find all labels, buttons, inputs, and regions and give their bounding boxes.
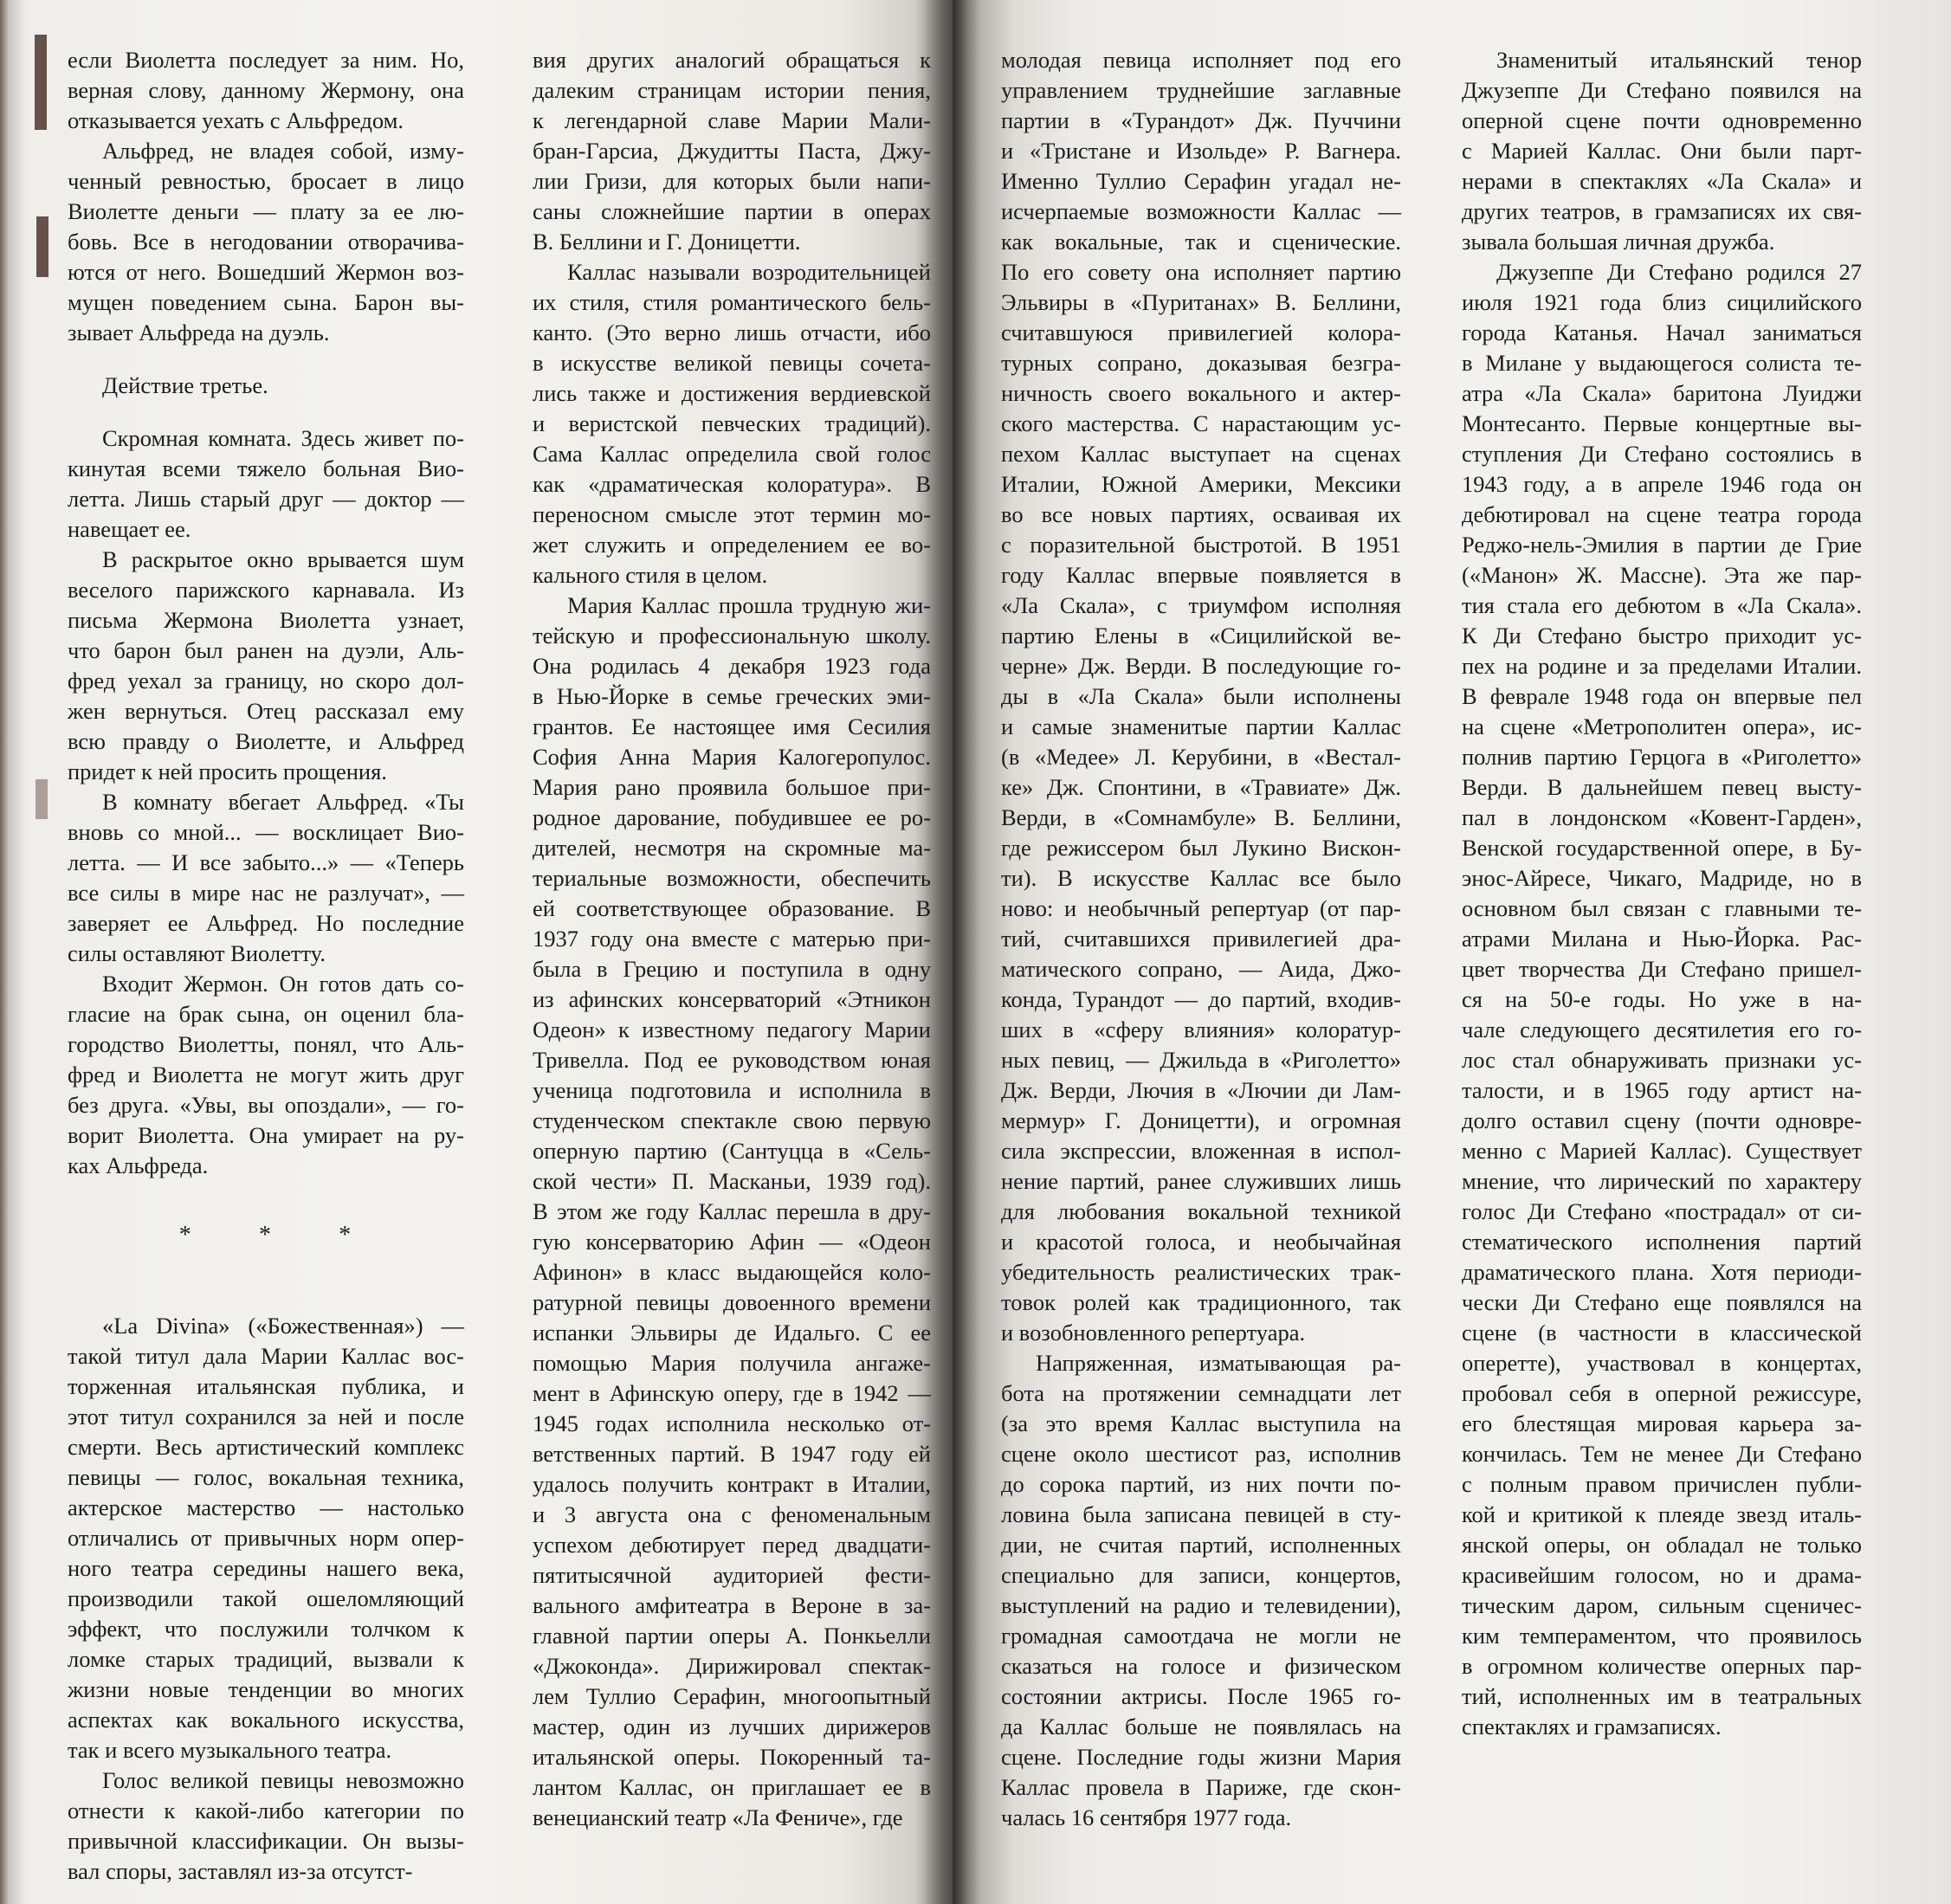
text-line: ворит Виолетта. Она умирает на ру- [68,1120,464,1151]
text-line: атра «Ла Скала» баритона Луиджи [1462,378,1862,409]
text-line: на сцене «Метрополитен опера», ис- [1462,712,1862,742]
text-line: торженная итальянская публика, и [68,1372,464,1402]
text-line: силы оставляют Виолетту. [68,939,464,969]
text-line: да Каллас больше не появлялась на [1001,1712,1401,1742]
paragraph: В раскрытое окно врывается шумвеселого п… [68,545,464,787]
text-line: где режиссером был Лукино Вискон- [1001,833,1401,863]
text-line: спектаклях и грамзаписях. [1462,1712,1862,1742]
text-line: до сорока партий, из них почти по- [1001,1469,1401,1500]
text-line: Джузеппе Ди Стефано появился на [1462,75,1862,106]
text-line: так и всего музыкального театра. [68,1735,464,1765]
text-line: молодая певица исполняет под его [1001,45,1401,75]
text-column-1: если Виолетта последует за ним. Но,верна… [68,45,464,1887]
text-line: партию Елены в «Сицилийской ве- [1001,621,1401,651]
text-line: чале следующего десятилетия его го- [1462,1015,1862,1045]
text-line: Скромная комната. Здесь живет по- [68,423,464,454]
text-line: Верди, в «Сомнамбуле» В. Беллини, [1001,803,1401,833]
paragraph: если Виолетта последует за ним. Но,верна… [68,45,464,136]
text-line: ся на 50-е годы. Но уже в на- [1462,984,1862,1015]
text-line: сцене (в частности в классической [1462,1318,1862,1348]
text-line: партии в «Турандот» Дж. Пуччини [1001,106,1401,136]
text-line: Действие третье. [68,371,464,401]
text-line: города Катанья. Начал заниматься [1462,318,1862,348]
text-line: нение партий, ранее служивших лишь [1001,1166,1401,1197]
text-line: бовь. Все в негодовании отворачива- [68,227,464,257]
text-line: и 3 августа она с феноменальным [533,1500,931,1530]
text-line: «Ла Скала», с триумфом исполняя [1001,591,1401,621]
text-line: в искусстве великой певицы сочета- [533,348,931,378]
text-line: зывает Альфреда на дуэль. [68,318,464,348]
text-line: отказывается уехать с Альфредом. [68,106,464,136]
text-line: ким темпераментом, что проявилось [1462,1621,1862,1651]
text-column-2: вия других аналогий обращаться кдалеким … [533,45,931,1833]
text-line: ново: и необычный репертуар (от пар- [1001,894,1401,924]
text-line: и красотой голоса, и необычайная [1001,1227,1401,1257]
text-line: канто. (Это верно лишь отчасти, ибо [533,318,931,348]
text-line: териальные возможности, обеспечить [533,863,931,894]
text-line: и самые знаменитые партии Каллас [1001,712,1401,742]
text-column-3: молодая певица исполняет под егоуправлен… [1001,45,1401,1833]
text-line: красивейшим голосом, но и драма- [1462,1560,1862,1591]
text-line: жен вернуться. Отец рассказал ему [68,696,464,726]
paragraph: «La Divina» («Божественная») —такой титу… [68,1311,464,1765]
text-line: кального стиля в целом. [533,560,931,591]
text-line: венецианский театр «Ла Фениче», где [533,1803,931,1833]
text-line: ученица подготовила и исполнила в [533,1075,931,1106]
text-line: ей соответствующее образование. В [533,894,931,924]
text-line: янской оперы, он обладал не только [1462,1530,1862,1560]
text-line: лись также и достижения вердиевской [533,378,931,409]
text-line: тий, считавшихся привилегией дра- [1001,924,1401,954]
text-line: В феврале 1948 года он впервые пел [1462,681,1862,712]
section-separator: * * * [68,1220,464,1250]
paragraph: Каллас называли возродительницейих стиля… [533,257,931,591]
text-line: драматического плана. Хотя периоди- [1462,1257,1862,1288]
text-line: оперетте), участвовал в концертах, [1462,1348,1862,1378]
text-line: июля 1921 года близ сицилийского [1462,287,1862,318]
text-line: ках Альфреда. [68,1151,464,1181]
text-line: гую консерваторию Афин — «Одеон [533,1227,931,1257]
text-line: лантом Каллас, он приглашает ее в [533,1772,931,1803]
paragraph: Голос великой певицы невозможноотнести к… [68,1765,464,1887]
text-line: матического сопрано, — Аида, Джо- [1001,954,1401,984]
text-line: («Манон» Ж. Массне). Эта же пар- [1462,560,1862,591]
text-line: считавшуюся привилегией колора- [1001,318,1401,348]
text-line: София Анна Мария Калогеропулос. [533,742,931,772]
paragraph: Скромная комната. Здесь живет по-кинутая… [68,423,464,545]
text-line: тий, исполненных им в театральных [1462,1681,1862,1712]
text-line: Напряженная, изматывающая ра- [1001,1348,1401,1378]
paragraph: вия других аналогий обращаться кдалеким … [533,45,931,257]
text-line: как «драматическая колоратура». В [533,469,931,500]
text-line: Венской государственной опере, в Бу- [1462,833,1862,863]
text-line: Она родилась 4 декабря 1923 года [533,651,931,681]
text-line: жет служить и определением ее во- [533,530,931,560]
text-line: его блестящая мировая карьера за- [1462,1409,1862,1439]
text-line: управлением труднейшие заглавные [1001,75,1401,106]
text-line: цвет творчества Ди Стефано пришел- [1462,954,1862,984]
text-line: ного театра середины нашего века, [68,1553,464,1584]
text-line: родное дарование, побудившее ее ро- [533,803,931,833]
text-line: этот титул сохранился за ней и после [68,1402,464,1432]
text-line: пятитысячной аудиторией фести- [533,1560,931,1591]
text-line: и веристской певческих традиций). [533,409,931,439]
text-line: эффект, что послужили толчком к [68,1614,464,1644]
text-line: ке» Дж. Спонтини, в «Травиате» Дж. [1001,772,1401,803]
text-line: ловина была записана певицей в сту- [1001,1500,1401,1530]
text-line: жизни новые тенденции во многих [68,1675,464,1705]
text-line: Дж. Верди, Лючия в «Лючии ди Лам- [1001,1075,1401,1106]
text-line: к легендарной славе Марии Мали- [533,106,931,136]
paragraph: Напряженная, изматывающая ра-бота на про… [1001,1348,1401,1833]
text-line: В комнату вбегает Альфред. «Ты [68,787,464,817]
text-line: 1945 годах исполнила несколько от- [533,1409,931,1439]
text-line: мастер, один из лучших дирижеров [533,1712,931,1742]
text-line: голос Ди Стефано «пострадал» от си- [1462,1197,1862,1227]
text-line: всю правду о Виолетте, и Альфред [68,726,464,757]
text-line: тия стала его дебютом в «Ла Скала». [1462,591,1862,621]
text-line: главной партии оперы А. Понкьелли [533,1621,931,1651]
text-line: Эльвиры в «Пуританах» В. Беллини, [1001,287,1401,318]
text-line: долго оставил сцену (почти одновре- [1462,1106,1862,1136]
text-line: если Виолетта последует за ним. Но, [68,45,464,75]
text-line: дебютировал на сцене театра города [1462,500,1862,530]
text-line: в Нью-Йорке в семье греческих эми- [533,681,931,712]
text-line: черне» Дж. Верди. В последующие го- [1001,651,1401,681]
text-line: городство Виолетты, понял, что Аль- [68,1029,464,1060]
text-line: кой и критикой к плеяде звезд италь- [1462,1500,1862,1530]
text-line: и возобновленного репертуара. [1001,1318,1401,1348]
text-line: сцене. Последние годы жизни Мария [1001,1742,1401,1772]
text-line: без друга. «Увы, вы опоздали», — го- [68,1090,464,1120]
text-line: Тривелла. Под ее руководством юная [533,1045,931,1075]
text-line: «La Divina» («Божественная») — [68,1311,464,1341]
text-line: мнение, что лирический по характеру [1462,1166,1862,1197]
text-line: мент в Афинскую оперу, где в 1942 — [533,1378,931,1409]
text-line: итальянской оперы. Покоренный та- [533,1742,931,1772]
text-line: дителей, несмотря на скромные ма- [533,833,931,863]
text-line: исчерпаемые возможности Каллас — [1001,197,1401,227]
text-line: состоянии актрисы. После 1965 го- [1001,1681,1401,1712]
text-line: конда, Турандот — до партий, входив- [1001,984,1401,1015]
section-heading: Действие третье. [68,371,464,401]
text-line: энос-Айресе, Чикаго, Мадриде, но в [1462,863,1862,894]
text-line: навещает ее. [68,514,464,545]
text-line: производили такой ошеломляющий [68,1584,464,1614]
text-line: дии, не считая партий, исполненных [1001,1530,1401,1560]
text-line: удалось получить контракт в Италии, [533,1469,931,1500]
text-line: вального амфитеатра в Вероне в за- [533,1591,931,1621]
text-line: К Ди Стефано быстро приходит ус- [1462,621,1862,651]
text-line: Виолетте деньги — плату за ее лю- [68,197,464,227]
text-line: чески Ди Стефано еще появлялся на [1462,1288,1862,1318]
text-line: 1937 году она вместе с матерью при- [533,924,931,954]
text-line: кончилась. Тем не менее Ди Стефано [1462,1439,1862,1469]
text-line: фред и Виолетта не могут жить друг [68,1060,464,1090]
text-line: В этом же году Каллас перешла в дру- [533,1197,931,1227]
text-line: Сама Каллас определила свой голос [533,439,931,469]
text-line: оперной сцене почти одновременно [1462,106,1862,136]
text-line: тическим даром, сильным сценичес- [1462,1591,1862,1621]
text-line: отличались от привычных норм опер- [68,1523,464,1553]
text-line: Именно Туллио Серафин угадал не- [1001,166,1401,197]
text-line: ратурной певицы довоенного времени [533,1288,931,1318]
text-line: сила экспрессии, вложенная в испол- [1001,1136,1401,1166]
scan-artifact [35,35,47,130]
text-line: специально для записи, концертов, [1001,1560,1401,1591]
text-line: вия других аналогий обращаться к [533,45,931,75]
text-line: ды в «Ла Скала» были исполнены [1001,681,1401,712]
paragraph: молодая певица исполняет под егоуправлен… [1001,45,1401,1348]
text-line: ченный ревностью, бросает в лицо [68,166,464,197]
text-line: чалась 16 сентября 1977 года. [1001,1803,1401,1833]
text-line: верная слову, данному Жермону, она [68,75,464,106]
text-line: актерское мастерство — настолько [68,1493,464,1523]
text-line: заверяет ее Альфред. Но последние [68,908,464,939]
text-line: во все новых партиях, осваивая их [1001,500,1401,530]
text-line: громадная самоотдача не могли не [1001,1621,1401,1651]
text-line: По его совету она исполняет партию [1001,257,1401,287]
text-line: Каллас провела в Париже, где скон- [1001,1772,1401,1803]
text-line: «Джоконда». Дирижировал спектак- [533,1651,931,1681]
text-line: ничность своего вокального и актер- [1001,378,1401,409]
text-line: с Марией Каллас. Они были парт- [1462,136,1862,166]
text-line: переносном смысле этот термин мо- [533,500,931,530]
text-line: Мария рано проявила большое при- [533,772,931,803]
text-line: ти). В искусстве Каллас все было [1001,863,1401,894]
text-line: придет к ней просить прощения. [68,757,464,787]
text-line: веселого парижского карнавала. Из [68,575,464,605]
text-line: убедительность реалистических трак- [1001,1257,1401,1288]
text-line: помощью Мария получила ангаже- [533,1348,931,1378]
text-line: (в «Медее» Л. Керубини, в «Вестал- [1001,742,1401,772]
text-line: оперную партию (Сантуцца в «Сель- [533,1136,931,1166]
text-line: Голос великой певицы невозможно [68,1765,464,1796]
text-line: пробовал себя в оперной режиссуре, [1462,1378,1862,1409]
text-line: Мария Каллас прошла трудную жи- [533,591,931,621]
text-line: пехом Каллас выступает на сценах [1001,439,1401,469]
text-line: Афинон» в класс выдающейся коло- [533,1257,931,1288]
scan-artifact [36,216,48,277]
text-line: была в Грецию и поступила в одну [533,954,931,984]
text-line: в огромном количестве оперных пар- [1462,1651,1862,1681]
text-line: далеким страницам истории пения, [533,75,931,106]
text-line: зывала большая личная дружба. [1462,227,1862,257]
text-line: менно с Марией Каллас). Существует [1462,1136,1862,1166]
text-line: ского мастерства. С нарастающим ус- [1001,409,1401,439]
paragraph: Знаменитый итальянский тенорДжузеппе Ди … [1462,45,1862,257]
text-line: в Милане у выдающегося солиста те- [1462,348,1862,378]
text-line: стематического исполнения партий [1462,1227,1862,1257]
text-line: грантов. Ее настоящее имя Сесилия [533,712,931,742]
text-line: вновь со мной... — восклицает Вио- [68,817,464,848]
text-line: смерти. Весь артистический комплекс [68,1432,464,1462]
paragraph: Мария Каллас прошла трудную жи-тейскую и… [533,591,931,1833]
text-line: привычной классификации. Он вызы- [68,1826,464,1856]
text-line: ступления Ди Стефано состоялись в [1462,439,1862,469]
text-line: что барон был ранен на дуэли, Аль- [68,636,464,666]
text-line: Альфред, не владея собой, изму- [68,136,464,166]
text-line: лос стал обнаруживать признаки ус- [1462,1045,1862,1075]
text-column-4: Знаменитый итальянский тенорДжузеппе Ди … [1462,45,1862,1742]
text-line: успехом дебютирует перед двадцати- [533,1530,931,1560]
text-line: турных сопрано, доказывая безгра- [1001,348,1401,378]
text-line: лем Туллио Серафин, многоопытный [533,1681,931,1712]
text-line: мущен поведением сына. Барон вы- [68,287,464,318]
text-line: других театров, в грамзаписях их свя- [1462,197,1862,227]
text-line: испанки Эльвиры де Идальго. С ее [533,1318,931,1348]
text-line: все силы в мире нас не разлучат», — [68,878,464,908]
text-line: студенческом спектакле свою первую [533,1106,931,1136]
paragraph: Входит Жермон. Он готов дать со-гласие н… [68,969,464,1181]
text-line: для любования вокальной техникой [1001,1197,1401,1227]
text-line: летта. — И все забыто...» — «Теперь [68,848,464,878]
text-line: основном был связан с главными те- [1462,894,1862,924]
text-line: бран-Гарсиа, Джудитты Паста, Джу- [533,136,931,166]
text-line: пех на родине и за пределами Италии. [1462,651,1862,681]
paragraph: Джузеппе Ди Стефано родился 27июля 1921 … [1462,257,1862,1742]
text-line: Одеон» к известному педагогу Марии [533,1015,931,1045]
text-line: Монтесанто. Первые концертные вы- [1462,409,1862,439]
text-line: аспектах как вокального искусства, [68,1705,464,1735]
text-line: Джузеппе Ди Стефано родился 27 [1462,257,1862,287]
text-line: 1943 году, а в апреле 1946 года он [1462,469,1862,500]
text-line: выступлений на радио и телевидении), [1001,1591,1401,1621]
text-line: ших в «сферу влияния» колоратур- [1001,1015,1401,1045]
text-line: вал споры, заставлял из-за отсутст- [68,1856,464,1887]
text-line: товок ролей как традиционного, так [1001,1288,1401,1318]
text-line: лии Гризи, для которых были напи- [533,166,931,197]
text-line: пал в лондонском «Ковент-Гарден», [1462,803,1862,833]
text-line: кинутая всеми тяжело больная Вио- [68,454,464,484]
text-line: ных певиц, — Джильда в «Риголетто» [1001,1045,1401,1075]
text-line: как вокальные, так и сценические. [1001,227,1401,257]
text-line: их стиля, стиля романтического бель- [533,287,931,318]
text-line: (за это время Каллас выступила на [1001,1409,1401,1439]
text-line: певицы — голос, вокальная техника, [68,1462,464,1493]
scan-artifact [36,779,48,819]
text-line: Италии, Южной Америки, Мексики [1001,469,1401,500]
text-line: нерами в спектаклях «Ла Скала» и [1462,166,1862,197]
text-line: Входит Жермон. Он готов дать со- [68,969,464,999]
text-line: сказаться на голосе и физическом [1001,1651,1401,1681]
text-line: атрами Милана и Нью-Йорка. Рас- [1462,924,1862,954]
text-line: саны сложнейшие партии в операх [533,197,931,227]
text-line: летта. Лишь старый друг — доктор — [68,484,464,514]
text-line: В. Беллини и Г. Доницетти. [533,227,931,257]
text-line: ветственных партий. В 1947 году ей [533,1439,931,1469]
text-line: фред уехал за границу, но скоро дол- [68,666,464,696]
paragraph: В комнату вбегает Альфред. «Тывновь со м… [68,787,464,969]
text-line: и «Тристане и Изольде» Р. Вагнера. [1001,136,1401,166]
text-line: тейскую и профессиональную школу. [533,621,931,651]
text-line: ются от него. Вошедший Жермон воз- [68,257,464,287]
text-line: ломке старых традиций, вызвали к [68,1644,464,1675]
text-line: с поразительной быстротой. В 1951 [1001,530,1401,560]
paragraph: Альфред, не владея собой, изму-ченный ре… [68,136,464,348]
text-line: Верди. В дальнейшем певец высту- [1462,772,1862,803]
text-line: бота на протяжении семнадцати лет [1001,1378,1401,1409]
text-line: Знаменитый итальянский тенор [1462,45,1862,75]
text-line: талости, и в 1965 году артист на- [1462,1075,1862,1106]
text-line: мермур» Г. Доницетти), и огромная [1001,1106,1401,1136]
text-line: сцене около шестисот раз, исполнив [1001,1439,1401,1469]
text-line: году Каллас впервые появляется в [1001,560,1401,591]
text-line: из афинских консерваторий «Этникон [533,984,931,1015]
text-line: полнив партию Герцога в «Риголетто» [1462,742,1862,772]
text-line: ской чести» П. Масканьи, 1939 год). [533,1166,931,1197]
scanned-booklet-spread: если Виолетта последует за ним. Но,верна… [0,0,1951,1904]
text-line: письма Жермона Виолетта узнает, [68,605,464,636]
text-line: гласие на брак сына, он оценил бла- [68,999,464,1029]
text-line: с полным правом причислен публи- [1462,1469,1862,1500]
text-line: отнести к какой-либо категории по [68,1796,464,1826]
text-line: Реджо-нель-Эмилия в партии де Грие [1462,530,1862,560]
text-line: Каллас называли возродительницей [533,257,931,287]
text-line: такой титул дала Марии Каллас вос- [68,1341,464,1372]
text-line: В раскрытое окно врывается шум [68,545,464,575]
